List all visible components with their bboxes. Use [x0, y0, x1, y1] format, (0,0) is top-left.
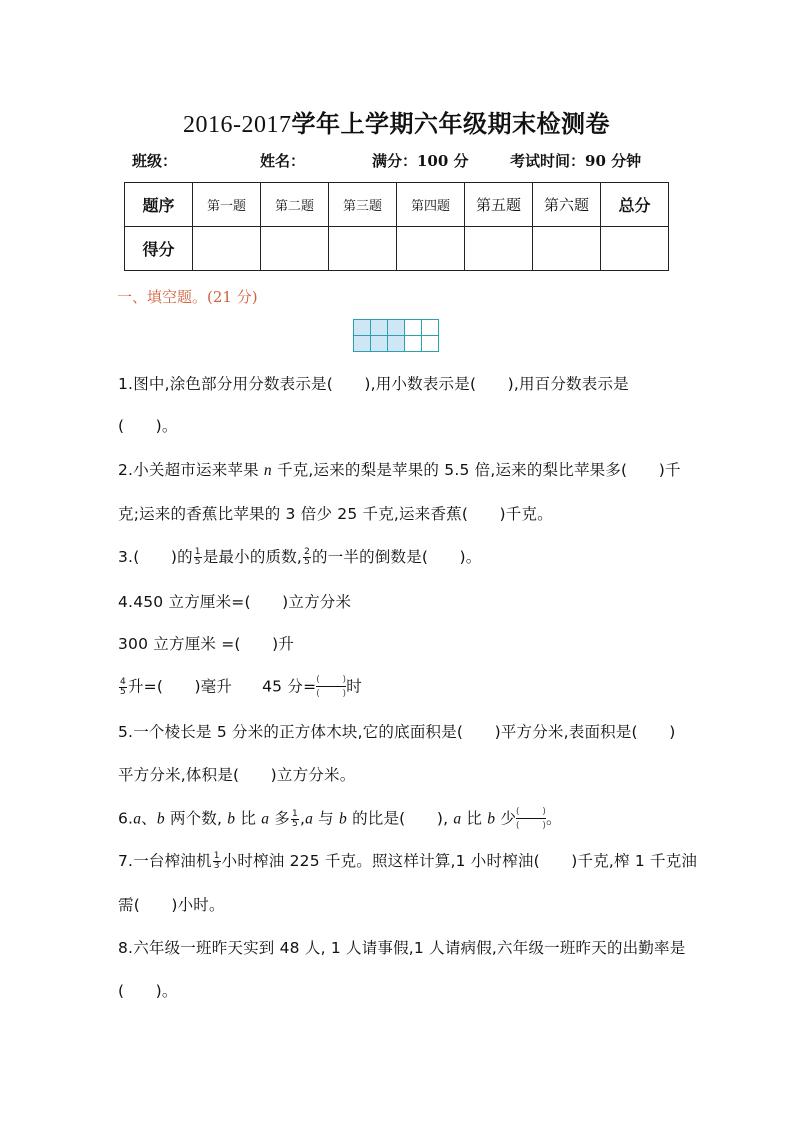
q6-variable: a — [261, 811, 269, 828]
denominator: 5 — [291, 820, 299, 829]
grid-cell — [405, 320, 422, 336]
paren: ( — [316, 675, 320, 685]
title-year: 2016-2017 — [183, 112, 292, 138]
title-text: 学年上学期六年级期末检测卷 — [292, 109, 611, 138]
q6-variable: a — [305, 811, 313, 828]
name-label: 姓名： — [260, 150, 305, 171]
q6-text: 比 — [461, 810, 487, 828]
header-cell: 第一题 — [193, 183, 261, 227]
q4-text: 升=( )毫升 — [128, 678, 232, 696]
grid-cell-shaded — [354, 320, 371, 336]
q6-variable: b — [157, 811, 165, 828]
paren: ( — [516, 807, 520, 817]
grid-cell-shaded — [388, 336, 405, 352]
question-8-line-2: ( )。 — [118, 979, 178, 1001]
score-table: 题序 第一题 第二题 第三题 第四题 第五题 第六题 总分 得分 — [124, 182, 669, 271]
grid-cell-shaded — [388, 320, 405, 336]
score-cell[interactable] — [533, 227, 601, 271]
fraction: 15 — [291, 810, 299, 829]
score-cell[interactable] — [193, 227, 261, 271]
blank-numerator: () — [316, 675, 346, 685]
question-2-line-1: 2.小关超市运来苹果 n 千克,运来的梨是苹果的 5.5 倍,运来的梨比苹果多(… — [118, 458, 681, 480]
q6-text: 多 — [269, 810, 290, 828]
q6-variable: b — [339, 811, 347, 828]
fraction: 13 — [213, 852, 221, 871]
denominator: 5 — [303, 558, 311, 567]
question-7-line-2: 需( )小时。 — [118, 893, 225, 915]
blank-fraction[interactable]: ()() — [316, 674, 346, 700]
numerator: 1 — [291, 810, 299, 820]
score-row-label: 得分 — [125, 227, 193, 271]
score-cell[interactable] — [601, 227, 669, 271]
denominator: 5 — [194, 558, 202, 567]
page-title: 2016-2017学年上学期六年级期末检测卷 — [0, 104, 793, 139]
score-cell[interactable] — [465, 227, 533, 271]
fraction-grid-figure — [353, 319, 439, 352]
fraction: 25 — [303, 548, 311, 567]
header-cell: 第四题 — [397, 183, 465, 227]
grid-cell-shaded — [371, 320, 388, 336]
q6-text: 比 — [235, 810, 261, 828]
q6-text: 少 — [495, 810, 516, 828]
question-6: 6.a、b 两个数, b 比 a 多15,a 与 b 的比是( ), a 比 b… — [118, 806, 562, 832]
score-cell[interactable] — [261, 227, 329, 271]
question-5-line-1: 5.一个棱长是 5 分米的正方体木块,它的底面积是( )平方分米,表面积是( ) — [118, 720, 675, 742]
q7-text: 7.一台榨油机 — [118, 852, 212, 870]
q3-text: 的一半的倒数是( )。 — [312, 548, 482, 566]
grid-cell-shaded — [371, 336, 388, 352]
q6-text: 、 — [141, 810, 157, 828]
score-table-header-row: 题序 第一题 第二题 第三题 第四题 第五题 第六题 总分 — [125, 183, 669, 227]
header-cell: 第五题 — [465, 183, 533, 227]
question-4-line-1: 4.450 立方厘米=( )立方分米 — [118, 590, 351, 612]
q6-text: 的比是( ), — [347, 810, 453, 828]
fraction-bar — [316, 686, 346, 687]
question-3: 3.( )的15是最小的质数,25的一半的倒数是( )。 — [118, 545, 482, 567]
paren: ) — [343, 689, 347, 699]
grid-cell — [405, 336, 422, 352]
question-4-line-2: 300 立方厘米 =( )升 — [118, 632, 294, 654]
paren: ( — [316, 689, 320, 699]
denominator: 5 — [119, 688, 127, 697]
q6-text: 两个数, — [165, 810, 227, 828]
q6-variable: a — [133, 811, 141, 828]
exam-time: 考试时间：90 分钟 — [510, 150, 641, 171]
paren: ) — [542, 821, 546, 831]
denominator: 3 — [213, 862, 221, 871]
numerator: 4 — [119, 678, 127, 688]
fraction-bar — [516, 818, 546, 819]
exam-info: 班级： 姓名： 满分：100 分 考试时间：90 分钟 — [132, 150, 672, 172]
q3-text: 是最小的质数, — [203, 548, 302, 566]
grid-cell — [422, 320, 439, 336]
paren: ) — [343, 675, 347, 685]
grid-cell — [422, 336, 439, 352]
blank-denominator: () — [316, 689, 346, 699]
section-title: 一、填空题。(21 分) — [117, 286, 258, 307]
header-cell: 第三题 — [329, 183, 397, 227]
q7-text: 小时榨油 225 千克。照这样计算,1 小时榨油( )千克,榨 1 千克油 — [222, 852, 698, 870]
q4-text: 45 分= — [262, 678, 316, 696]
header-cell: 第六题 — [533, 183, 601, 227]
question-2-line-2: 克;运来的香蕉比苹果的 3 倍少 25 千克,运来香蕉( )千克。 — [118, 502, 553, 524]
question-8-line-1: 8.六年级一班昨天实到 48 人, 1 人请事假,1 人请病假,六年级一班昨天的… — [118, 936, 685, 958]
q3-text: 3.( )的 — [118, 548, 193, 566]
q6-text: 6. — [118, 810, 133, 828]
blank-denominator: () — [516, 821, 546, 831]
full-score: 满分：100 分 — [372, 150, 469, 171]
q6-text: 。 — [546, 810, 562, 828]
question-7-line-1: 7.一台榨油机13小时榨油 225 千克。照这样计算,1 小时榨油( )千克,榨… — [118, 849, 697, 871]
q4-text: 时 — [346, 678, 362, 696]
q2-variable: n — [264, 462, 272, 479]
grid-cell-shaded — [354, 336, 371, 352]
blank-fraction[interactable]: ()() — [516, 806, 546, 832]
question-4-line-3: 45升=( )毫升45 分=()()时 — [118, 674, 362, 700]
q2-text: 千克,运来的梨是苹果的 5.5 倍,运来的梨比苹果多( )千 — [272, 461, 681, 479]
fraction: 15 — [194, 548, 202, 567]
fraction: 45 — [119, 678, 127, 697]
q2-text: 2.小关超市运来苹果 — [118, 461, 264, 479]
score-cell[interactable] — [397, 227, 465, 271]
score-table-score-row: 得分 — [125, 227, 669, 271]
question-1-line-2: ( )。 — [118, 414, 178, 436]
header-cell: 题序 — [125, 183, 193, 227]
blank-numerator: () — [516, 807, 546, 817]
q6-text: 与 — [313, 810, 339, 828]
class-label: 班级： — [132, 150, 177, 171]
paren: ( — [516, 821, 520, 831]
score-cell[interactable] — [329, 227, 397, 271]
paren: ) — [542, 807, 546, 817]
question-5-line-2: 平方分米,体积是( )立方分米。 — [118, 763, 355, 785]
header-cell: 总分 — [601, 183, 669, 227]
question-1-line-1: 1.图中,涂色部分用分数表示是( ),用小数表示是( ),用百分数表示是 — [118, 372, 629, 394]
header-cell: 第二题 — [261, 183, 329, 227]
